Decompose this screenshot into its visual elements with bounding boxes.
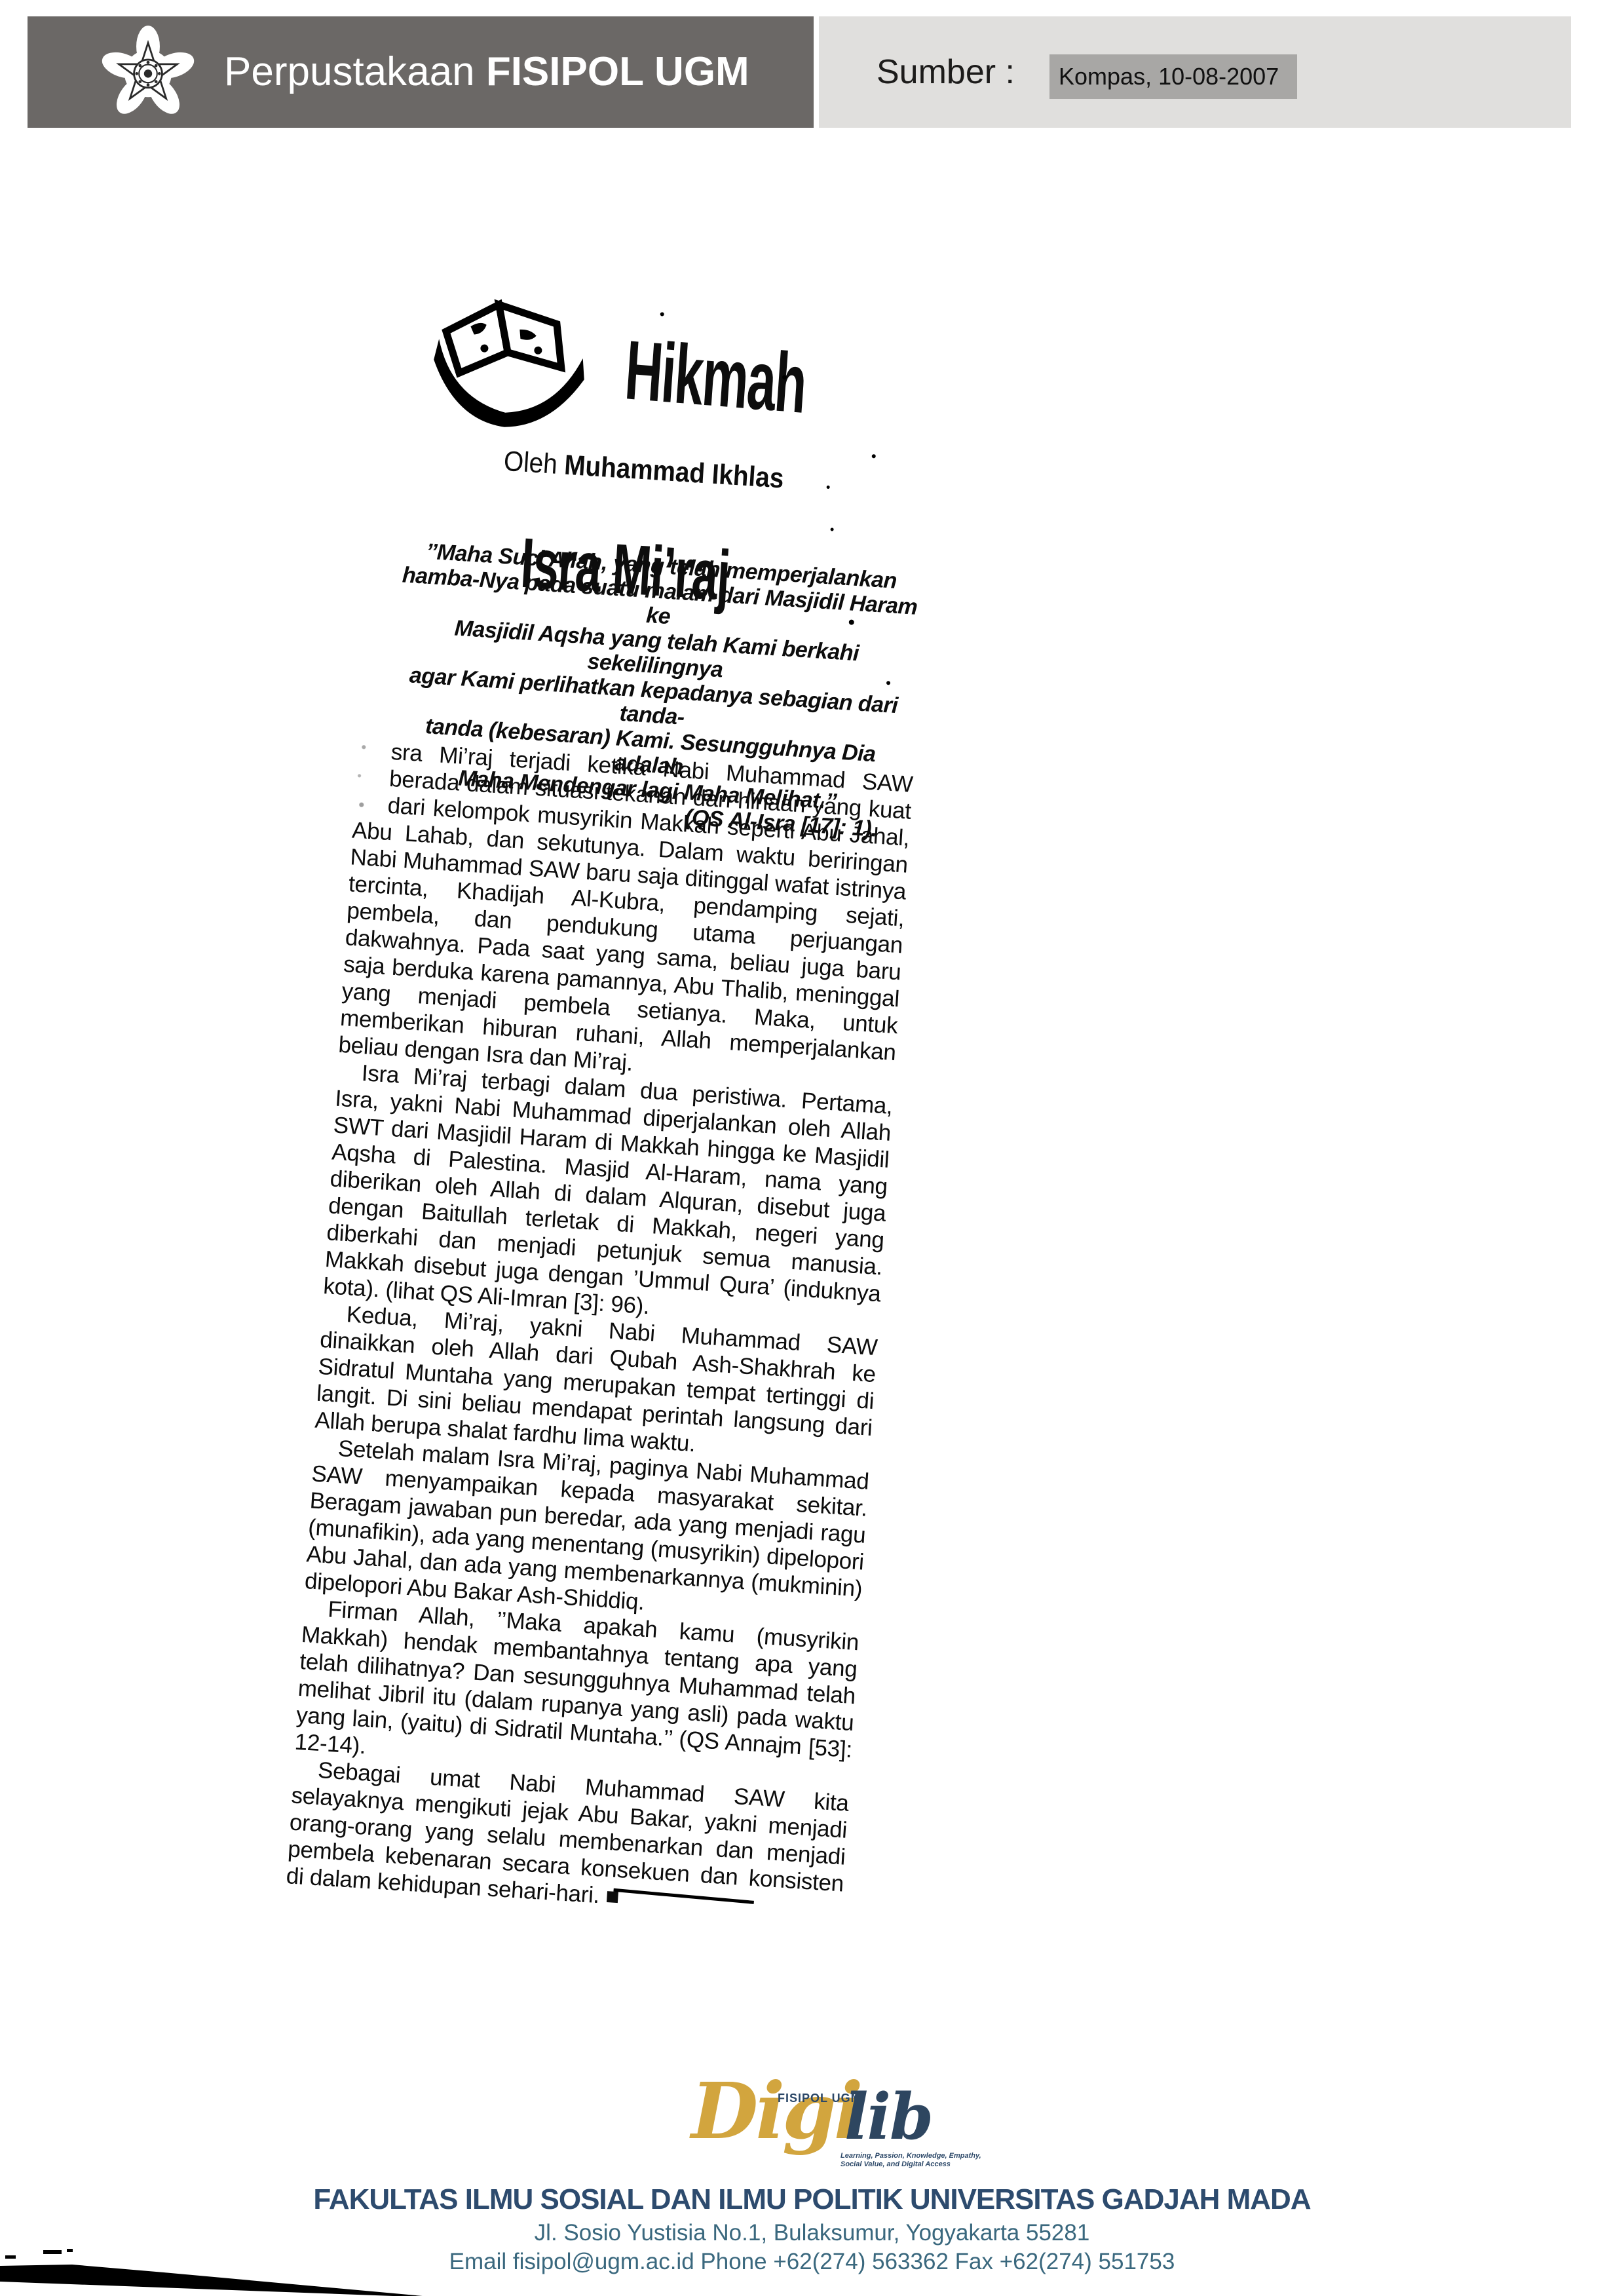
digilib-tagline: Learning, Passion, Knowledge, Empathy, S… — [840, 2152, 981, 2169]
byline: Oleh Muhammad Ikhlas — [503, 446, 785, 495]
digilib-lib-text: lib — [844, 2080, 932, 2154]
library-name-regular: Perpustakaan — [224, 49, 486, 94]
digilib-digi-text: Digi — [691, 2065, 861, 2156]
scan-speck — [660, 312, 664, 316]
paragraph: sra Mi’raj terjadi ketika Nabi Muhammad … — [337, 737, 913, 1093]
scan-artifact-wedge — [0, 2241, 459, 2296]
ugm-logo-icon — [98, 23, 198, 123]
byline-author: Muhammad Ikhlas — [563, 450, 785, 495]
digilib-logo: Digi FISIPOL UGM lib Learning, Passion, … — [691, 2064, 973, 2195]
scan-speck — [872, 454, 876, 458]
byline-prefix: Oleh — [503, 446, 565, 481]
paragraph: Isra Mi’raj terbagi dalam dua peristiwa.… — [322, 1058, 893, 1335]
source-value-badge: Kompas, 10-08-2007 — [1049, 54, 1297, 99]
source-label: Sumber : — [877, 16, 1015, 128]
faculty-name: FAKULTAS ILMU SOSIAL DAN ILMU POLITIK UN… — [0, 2183, 1624, 2216]
newspaper-clipping: Hikmah Oleh Muhammad Ikhlas Isra Mi’raj … — [278, 282, 975, 2032]
rubric-title: Hikmah — [622, 322, 809, 432]
library-name-bold: FISIPOL UGM — [486, 49, 749, 94]
scan-speck — [830, 527, 833, 531]
faded-dropcap-mark — [353, 737, 392, 818]
library-header-bar: Perpustakaan FISIPOL UGM — [28, 16, 814, 128]
article-body: sra Mi’raj terjadi ketika Nabi Muhammad … — [286, 737, 913, 1908]
scanned-library-page: Perpustakaan FISIPOL UGM Sumber : Kompas… — [0, 0, 1624, 2296]
scan-speck — [826, 486, 829, 489]
open-book-icon — [426, 290, 595, 438]
source-bar: Sumber : Kompas, 10-08-2007 — [819, 16, 1571, 128]
library-name: Perpustakaan FISIPOL UGM — [224, 16, 749, 128]
